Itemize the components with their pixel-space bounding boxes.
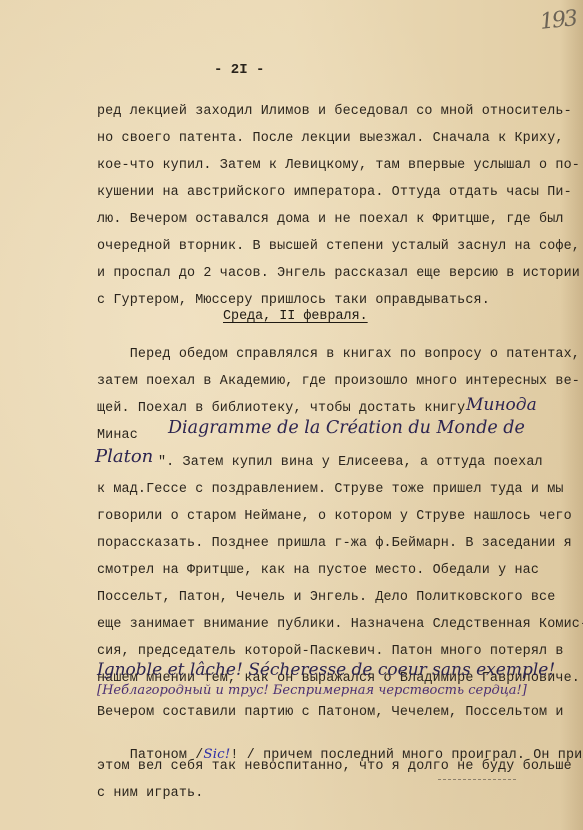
section-heading-date: Среда, II февраля. — [223, 309, 368, 324]
handwritten-author-name: Минода — [466, 395, 537, 415]
text-line: порассказать. Позднее пришла г-жа ф.Бейм… — [97, 536, 572, 551]
page-number: - 2I - — [214, 62, 264, 78]
text-line: говорили о старом Неймане, о котором у С… — [97, 509, 572, 524]
text-line: затем поехал в Академию, где произошло м… — [97, 374, 580, 389]
text-line: и проспал до 2 часов. Энгель рассказал е… — [97, 266, 580, 281]
end-dashed-rule — [438, 779, 516, 780]
text-line: с ним играть. — [97, 786, 203, 801]
handwritten-russian-translation: [Неблагородный и трус! Беспримерная черс… — [97, 683, 527, 698]
text-line: щей. Поехал в библиотеку, чтобы достать … — [97, 401, 465, 416]
text-line: Перед обедом справлялся в книгах по вопр… — [97, 347, 580, 362]
archive-folio-number: 193 — [539, 6, 577, 35]
text-line: кое-что купил. Затем к Левицкому, там вп… — [97, 158, 580, 173]
text-line: этом вел себя так невоспитанно, что я до… — [97, 759, 572, 774]
text-line: Вечером составили партию с Патоном, Чече… — [97, 705, 564, 720]
text-line: очередной вторник. В высшей степени уста… — [97, 239, 580, 254]
text-line: с Гуртером, Мюссеру пришлось таки оправд… — [97, 293, 490, 308]
document-page: 193 - 2I - ред лекцией заходил Илимов и … — [0, 0, 583, 830]
text-line: Минас — [97, 428, 138, 443]
text-line: еще занимает внимание публики. Назначена… — [97, 617, 583, 632]
text-line: ред лекцией заходил Илимов и беседовал с… — [97, 104, 572, 119]
text-line: лю. Вечером оставался дома и не поехал к… — [97, 212, 564, 227]
text-line: но своего патента. После лекции выезжал.… — [97, 131, 564, 146]
text-line: к мад.Гессе с поздравлением. Струве тоже… — [97, 482, 564, 497]
handwritten-french-remark: Ignoble et lâche! Sécheresse de coeur sa… — [97, 660, 555, 680]
text-line: ". Затем купил вина у Елисеева, а оттуда… — [158, 455, 543, 470]
text-line: Поссельт, Патон, Чечель и Энгель. Дело П… — [97, 590, 555, 605]
handwritten-book-title: Diagramme de la Création du Monde de — [168, 418, 525, 438]
handwritten-book-title-cont: Platon — [95, 446, 153, 467]
text-line: кушении на австрийского императора. Отту… — [97, 185, 572, 200]
text-line: сия, председатель которой-Паскевич. Пато… — [97, 644, 564, 659]
text-line: смотрел на Фритцше, как на пустое место.… — [97, 563, 539, 578]
